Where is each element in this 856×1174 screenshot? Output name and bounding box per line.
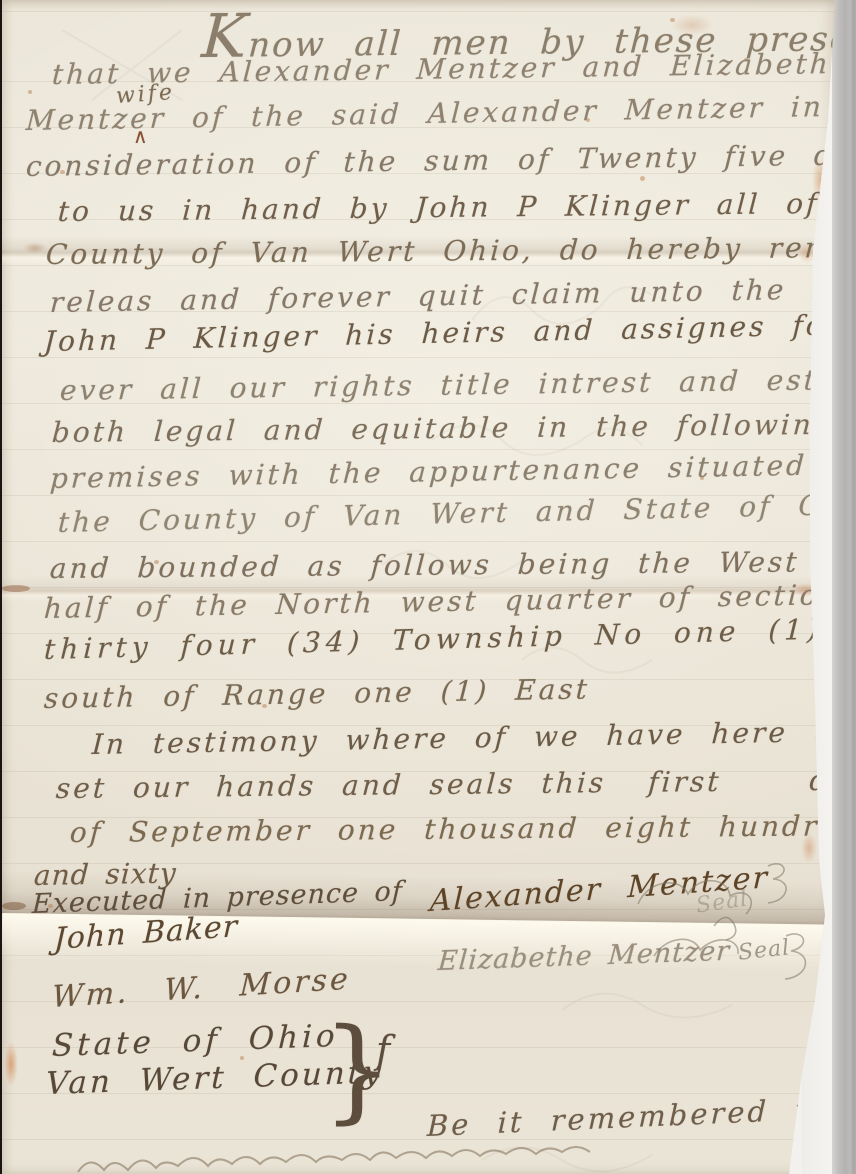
paper-sheet: Know all men by these presents that we A… (2, 0, 838, 1174)
notary-ss-mark: f (376, 1028, 391, 1072)
day-word: first (647, 765, 722, 799)
deed-line: County of Van Wert Ohio, do hereby remis… (45, 231, 856, 271)
scanned-deed-page: Know all men by these presents that we A… (0, 0, 856, 1174)
testimony-line-prefix: set our hands and seals this (55, 766, 607, 805)
scanner-background-strip (832, 0, 856, 1174)
testimony-line: of September one thousand eight hundred (69, 809, 856, 849)
seal-flourish (618, 852, 828, 992)
deed-line: and bounded as follows being the West (49, 545, 801, 585)
insertion-caret: ∧ (133, 124, 151, 148)
bottom-clipped-line (72, 1150, 692, 1174)
